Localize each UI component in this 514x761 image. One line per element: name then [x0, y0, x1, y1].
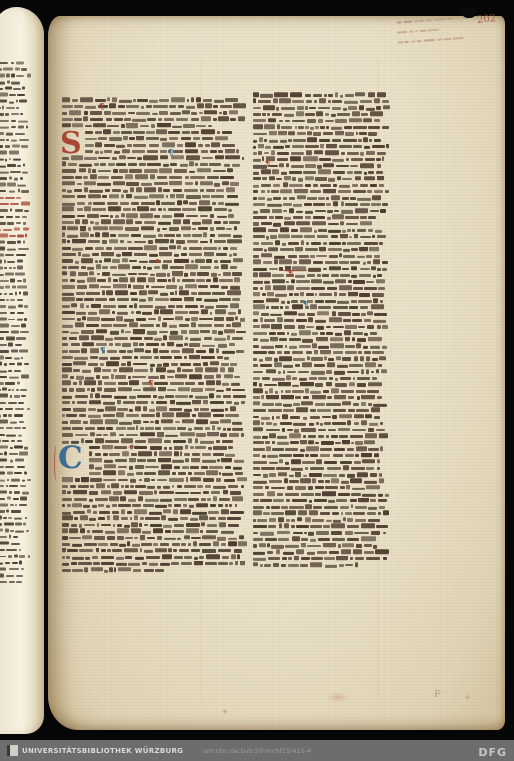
paraph-mark: ¶ [303, 301, 308, 310]
parchment-stain [327, 692, 349, 703]
pen-flourish [54, 445, 59, 481]
page-number: 202 [477, 13, 497, 26]
paraph-mark: ¶ [265, 160, 270, 169]
text-line [62, 567, 248, 573]
book-page-stack-edge [0, 7, 44, 734]
paraph-mark: ¶ [99, 103, 104, 112]
urn-text: urn:nbn:de:bvb:20-mchf15/415-4 [203, 747, 311, 755]
parchment-stain [222, 709, 228, 714]
paraph-mark: ¶ [100, 347, 105, 356]
text-line [0, 579, 36, 585]
text-column-right [253, 92, 392, 568]
marginalia-note [396, 12, 472, 47]
text-column-left [62, 97, 248, 573]
footer-right: DFG [311, 741, 507, 760]
paraph-mark: ¶ [148, 380, 153, 389]
footer-bar: UNIVERSITÄTSBIBLIOTHEK WÜRZBURG urn:nbn:… [0, 740, 514, 761]
dfg-logo: DFG [478, 746, 507, 759]
illuminated-initial: C [58, 443, 83, 474]
facing-page-text-edge [0, 60, 36, 585]
library-name: UNIVERSITÄTSBIBLIOTHEK WÜRZBURG [22, 747, 183, 755]
paraph-mark: ¶ [168, 149, 173, 158]
rubric-underline-mark [280, 270, 307, 271]
library-logo-icon [7, 745, 18, 756]
quire-mark: + [464, 693, 471, 702]
rubric-dot-mark [156, 259, 159, 263]
rubric-strokes-mark [128, 440, 138, 447]
text-line [253, 562, 392, 568]
footer-left: UNIVERSITÄTSBIBLIOTHEK WÜRZBURG [7, 745, 203, 756]
illuminated-initial: S [60, 129, 82, 159]
manuscript-scan: SC¶¶¶¶¶¶¶ 202 F+ UNIVERSITÄTSBIBLIOTHEK … [0, 0, 514, 761]
